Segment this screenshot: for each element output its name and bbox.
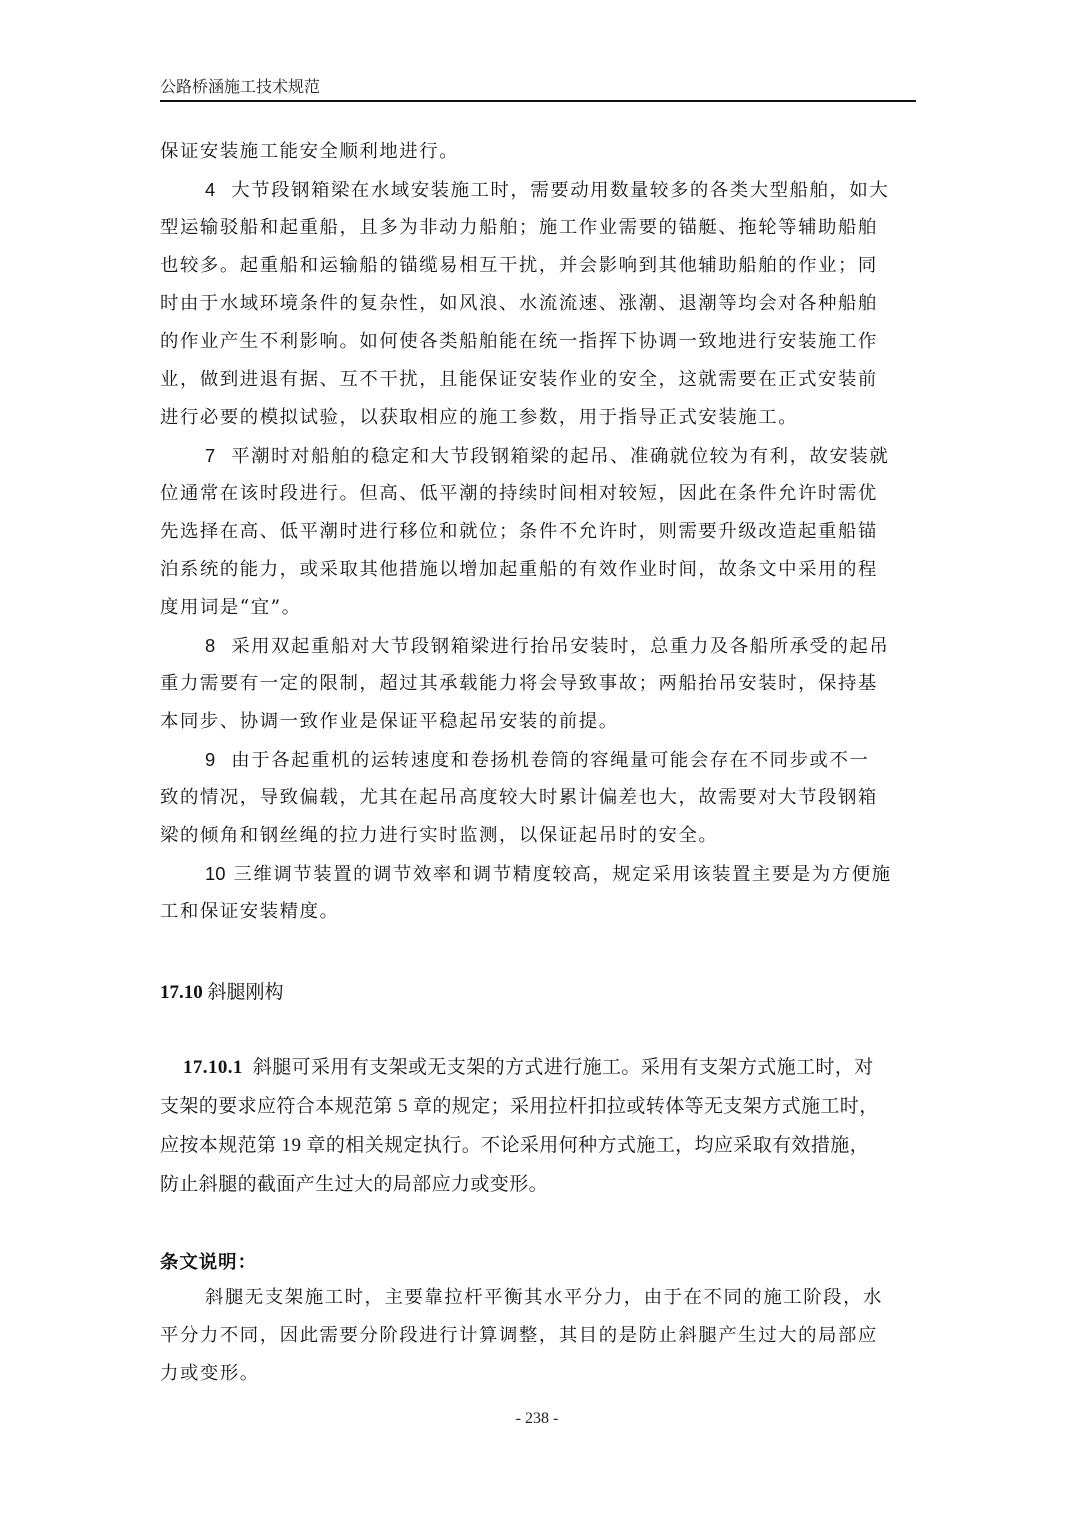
document-page: 公路桥涵施工技术规范 保证安装施工能安全顺利地进行。 4大节段钢箱梁在水域安装施… [0,0,1074,1520]
paragraph-line: 位通常在该时段进行。但高、低平潮的持续时间相对较短，因此在条件允许时需优 [160,482,910,506]
clause-line: 支架的要求应符合本规范第 5 章的规定；采用拉杆扣拉或转体等无支架方式施工时， [160,1095,910,1119]
clause-line: 应按本规范第 19 章的相关规定执行。不论采用何种方式施工，均应采取有效措施， [160,1134,910,1158]
paragraph-line: 致的情况，导致偏载，尤其在起吊高度较大时累计偏差也大，故需要对大节段钢箱 [160,786,910,810]
item-9-first-line: 9由于各起重机的运转速度和卷扬机卷筒的容绳量可能会存在不同步或不一 [205,748,910,773]
item-text: 由于各起重机的运转速度和卷扬机卷筒的容绳量可能会存在不同步或不一 [231,750,869,771]
commentary-line: 平分力不同，因此需要分阶段进行计算调整，其目的是防止斜腿产生过大的局部应 [160,1324,910,1348]
paragraph-line: 泊系统的能力，或采取其他措施以增加起重船的有效作业时间，故条文中采用的程 [160,558,910,582]
paragraph-line: 进行必要的模拟试验，以获取相应的施工参数，用于指导正式安装施工。 [160,406,910,430]
section-heading: 17.10 斜腿刚构 [160,980,284,1006]
item-number: 4 [205,178,215,202]
paragraph-line: 保证安装施工能安全顺利地进行。 [160,140,910,164]
header-title: 公路桥涵施工技术规范 [160,76,916,98]
paragraph-line: 型运输驳船和起重船，且多为非动力船舶；施工作业需要的锚艇、拖轮等辅助船舶 [160,216,910,240]
clause-line: 防止斜腿的截面产生过大的局部应力或变形。 [160,1173,910,1197]
paragraph-line: 也较多。起重船和运输船的锚缆易相互干扰，并会影响到其他辅助船舶的作业；同 [160,254,910,278]
section-number: 17.10 [160,982,203,1003]
clause-first-line: 17.10.1斜腿可采用有支架或无支架的方式进行施工。采用有支架方式施工时，对 [183,1056,933,1080]
item-number: 9 [205,748,215,772]
page-number: - 238 - [0,1410,1074,1428]
paragraph-line: 先选择在高、低平潮时进行移位和就位；条件不允许时，则需要升级改造起重船锚 [160,520,910,544]
clause-number: 17.10.1 [183,1057,243,1078]
item-10-first-line: 10三维调节装置的调节效率和调节精度较高，规定采用该装置主要是为方便施 [205,862,910,887]
item-number: 10 [205,862,225,886]
commentary-title: 条文说明： [160,1248,257,1274]
paragraph-line: 时由于水域环境条件的复杂性，如风浪、水流流速、涨潮、退潮等均会对各种船舶 [160,292,910,316]
header-divider [160,100,916,102]
item-number: 8 [205,634,215,658]
paragraph-line: 梁的倾角和钢丝绳的拉力进行实时监测，以保证起吊时的安全。 [160,824,910,848]
running-header: 公路桥涵施工技术规范 [160,76,916,98]
item-8-first-line: 8采用双起重船对大节段钢箱梁进行抬吊安装时，总重力及各船所承受的起吊 [205,634,910,659]
item-4-first-line: 4大节段钢箱梁在水域安装施工时，需要动用数量较多的各类大型船舶，如大 [205,178,910,203]
item-text: 三维调节装置的调节效率和调节精度较高，规定采用该装置主要是为方便施 [233,864,891,885]
item-number: 7 [205,444,215,468]
commentary-first-line: 斜腿无支架施工时，主要靠拉杆平衡其水平分力，由于在不同的施工阶段，水 [205,1286,910,1310]
clause-text: 斜腿可采用有支架或无支架的方式进行施工。采用有支架方式施工时，对 [253,1057,874,1078]
commentary-line: 力或变形。 [160,1362,910,1386]
paragraph-line: 重力需要有一定的限制，超过其承载能力将会导致事故；两船抬吊安装时，保持基 [160,672,910,696]
paragraph-line: 工和保证安装精度。 [160,900,910,924]
item-text: 平潮时对船舶的稳定和大节段钢箱梁的起吊、准确就位较为有利，故安装就 [231,446,889,467]
item-text: 大节段钢箱梁在水域安装施工时，需要动用数量较多的各类大型船舶，如大 [231,180,889,201]
item-text: 采用双起重船对大节段钢箱梁进行抬吊安装时，总重力及各船所承受的起吊 [231,636,889,657]
paragraph-line: 的作业产生不利影响。如何使各类船舶能在统一指挥下协调一致地进行安装施工作 [160,330,910,354]
paragraph-line: 本同步、协调一致作业是保证平稳起吊安装的前提。 [160,710,910,734]
section-title: 斜腿刚构 [208,982,284,1003]
item-7-first-line: 7平潮时对船舶的稳定和大节段钢箱梁的起吊、准确就位较为有利，故安装就 [205,444,910,469]
paragraph-line: 业，做到进退有据、互不干扰，且能保证安装作业的安全，这就需要在正式安装前 [160,368,910,392]
paragraph-line: 度用词是“宜”。 [160,596,910,620]
